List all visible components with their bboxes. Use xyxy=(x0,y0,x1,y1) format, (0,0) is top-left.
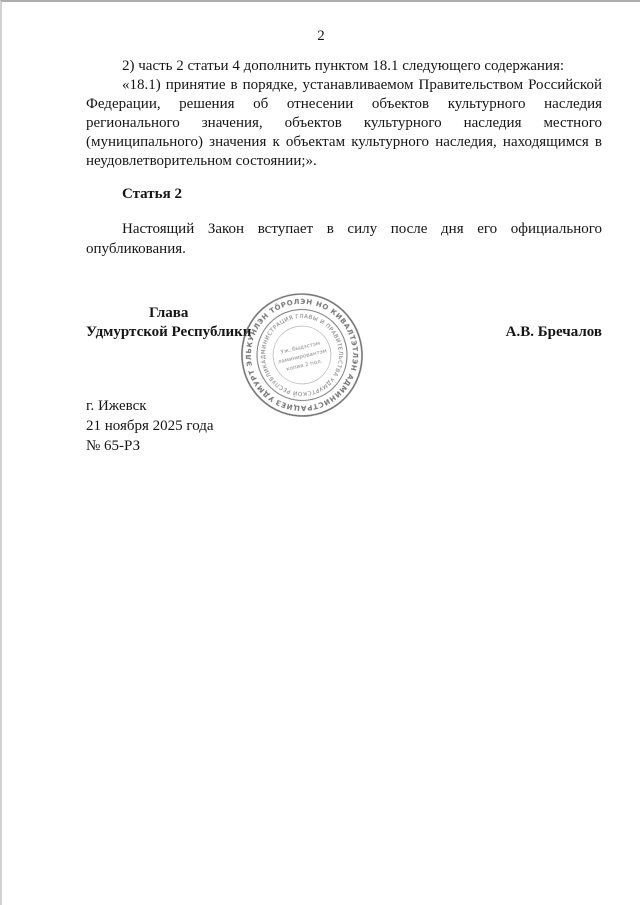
issuance-date: 21 ноября 2025 года xyxy=(86,416,214,436)
seal-icon: УДМУРТ ЭЛЬКУНЛЭН ТӦРОЛЭН НО КИВАЛТЭТЛЭН … xyxy=(224,277,380,433)
amendment-quote-paragraph: «18.1) принятие в порядке, устанавливаем… xyxy=(86,76,602,171)
issuance-number: № 65-РЗ xyxy=(86,436,214,456)
article-2-text: Настоящий Закон вступает в силу после дн… xyxy=(86,219,602,259)
issuance-block: г. Ижевск 21 ноября 2025 года № 65-РЗ xyxy=(86,396,214,456)
signer-title-line2: Удмуртской Республики xyxy=(86,323,251,342)
article-2-heading: Статья 2 xyxy=(122,186,182,203)
signer-name: А.В. Бречалов xyxy=(506,323,602,342)
page-number: 2 xyxy=(2,28,640,45)
document-page: 2 2) часть 2 статьи 4 дополнить пунктом … xyxy=(0,0,640,905)
issuance-city: г. Ижевск xyxy=(86,396,214,416)
amendment-item-paragraph: 2) часть 2 статьи 4 дополнить пунктом 18… xyxy=(86,57,602,76)
official-seal-stamp: УДМУРТ ЭЛЬКУНЛЭН ТӦРОЛЭН НО КИВАЛТЭТЛЭН … xyxy=(224,277,380,433)
